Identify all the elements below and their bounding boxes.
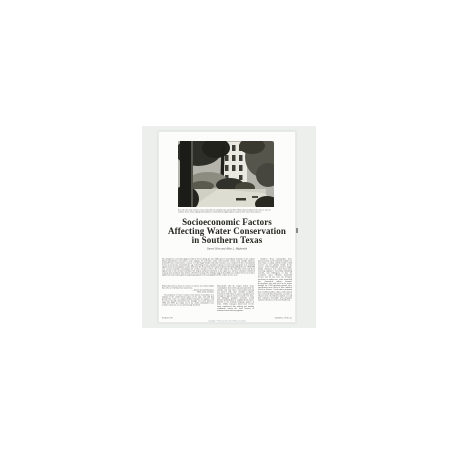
article-title: Socioeconomic Factors Affecting Water Co… [159, 218, 295, 244]
column-left-text: Development of water resources has drawn… [162, 294, 214, 306]
riverwalk-photo-illustration [178, 141, 274, 207]
copyright-line: Copyright © 1991 American Water Works As… [187, 320, 267, 323]
body-column-left: Water, thou hast no taste, no colour, no… [162, 285, 214, 314]
column-middle-text: Households with the largest indoor water… [217, 285, 254, 312]
photo-caption-text: Even after the rains returned, scenes su… [178, 209, 274, 214]
body-column-middle: Households with the largest indoor water… [217, 285, 254, 317]
abstract-block: The drought of record that gripped south… [162, 258, 255, 285]
article-title-line-3: in Southern Texas [159, 236, 295, 245]
screenshot-canvas: { "page": { "scan_margin_color": "#edefe… [0, 0, 458, 458]
body-column-right: Southern Texas communities have drawn he… [258, 258, 292, 315]
journal-page: Even after the rains returned, scenes su… [158, 131, 296, 323]
article-byline: Darrel Silva and Allen L. Highsmith [159, 247, 295, 250]
article-photo [178, 141, 274, 207]
column-right-text: Southern Texas communities have drawn he… [258, 258, 292, 301]
photo-caption: Even after the rains returned, scenes su… [178, 209, 274, 215]
epigraph-attribution-source: Wind, Sand and Stars [162, 291, 214, 293]
scan-edge-artifact [296, 228, 298, 233]
abstract-text: The drought of record that gripped south… [162, 258, 255, 276]
